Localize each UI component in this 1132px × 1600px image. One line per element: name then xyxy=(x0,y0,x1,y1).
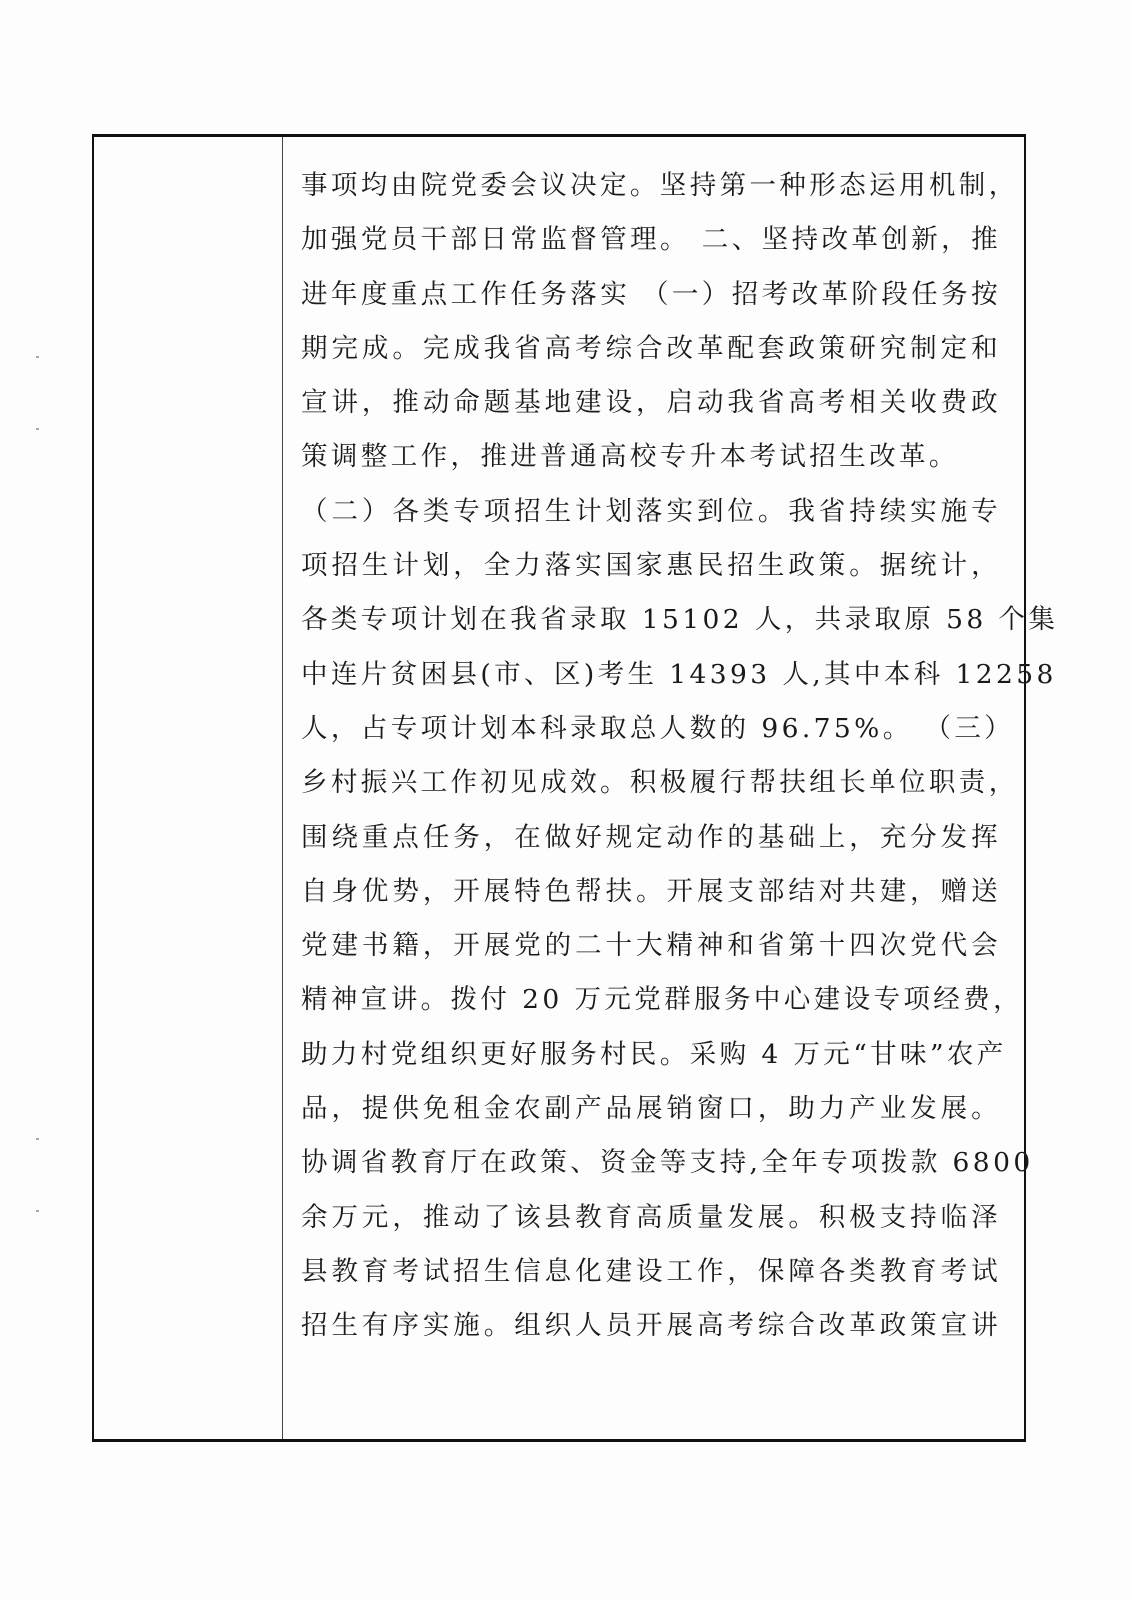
text-line: 事项均由院党委会议决定。坚持第一种形态运用机制， xyxy=(301,159,1001,213)
text-line: 协调省教育厅在政策、资金等支持,全年专项拨款 6800 xyxy=(301,1136,1001,1190)
text-line: 各类专项计划在我省录取 15102 人，共录取原 58 个集 xyxy=(301,593,1001,647)
text-line: 加强党员干部日常监督管理。 二、坚持改革创新，推 xyxy=(301,213,1001,267)
text-line: 精神宣讲。拨付 20 万元党群服务中心建设专项经费， xyxy=(301,973,1001,1027)
text-line: 中连片贫困县(市、区)考生 14393 人,其中本科 12258 xyxy=(301,648,1001,702)
text-line: 宣讲，推动命题基地建设，启动我省高考相关收费政 xyxy=(301,376,1001,430)
table-right-cell: 事项均由院党委会议决定。坚持第一种形态运用机制， 加强党员干部日常监督管理。 二… xyxy=(283,137,1024,1439)
text-line: 人，占专项计划本科录取总人数的 96.75%。 （三） xyxy=(301,702,1001,756)
body-text: 事项均由院党委会议决定。坚持第一种形态运用机制， 加强党员干部日常监督管理。 二… xyxy=(301,159,1001,1354)
text-line: 乡村振兴工作初见成效。积极履行帮扶组长单位职责， xyxy=(301,756,1001,810)
text-line: 策调整工作，推进普通高校专升本考试招生改革。 xyxy=(301,430,1001,484)
text-line: 招生有序实施。组织人员开展高考综合改革政策宣讲 xyxy=(301,1299,1001,1353)
text-line: 县教育考试招生信息化建设工作，保障各类教育考试 xyxy=(301,1245,1001,1299)
scan-mark xyxy=(36,356,39,358)
scan-mark xyxy=(36,1138,39,1140)
text-line: 项招生计划，全力落实国家惠民招生政策。据统计， xyxy=(301,539,1001,593)
document-table: 事项均由院党委会议决定。坚持第一种形态运用机制， 加强党员干部日常监督管理。 二… xyxy=(92,134,1026,1442)
text-line: 余万元，推动了该县教育高质量发展。积极支持临泽 xyxy=(301,1191,1001,1245)
text-line: 党建书籍，开展党的二十大精神和省第十四次党代会 xyxy=(301,919,1001,973)
text-line: 期完成。完成我省高考综合改革配套政策研究制定和 xyxy=(301,322,1001,376)
text-line: 自身优势，开展特色帮扶。开展支部结对共建，赠送 xyxy=(301,865,1001,919)
text-line: 围绕重点任务，在做好规定动作的基础上，充分发挥 xyxy=(301,811,1001,865)
table-left-cell xyxy=(94,137,283,1439)
scan-mark xyxy=(36,428,39,430)
text-line: 进年度重点工作任务落实 （一）招考改革阶段任务按 xyxy=(301,268,1001,322)
text-line: 品，提供免租金农副产品展销窗口，助力产业发展。 xyxy=(301,1082,1001,1136)
text-line: （二）各类专项招生计划落实到位。我省持续实施专 xyxy=(301,485,1001,539)
text-line: 助力村党组织更好服务村民。采购 4 万元“甘味”农产 xyxy=(301,1028,1001,1082)
scan-mark xyxy=(36,1210,39,1212)
